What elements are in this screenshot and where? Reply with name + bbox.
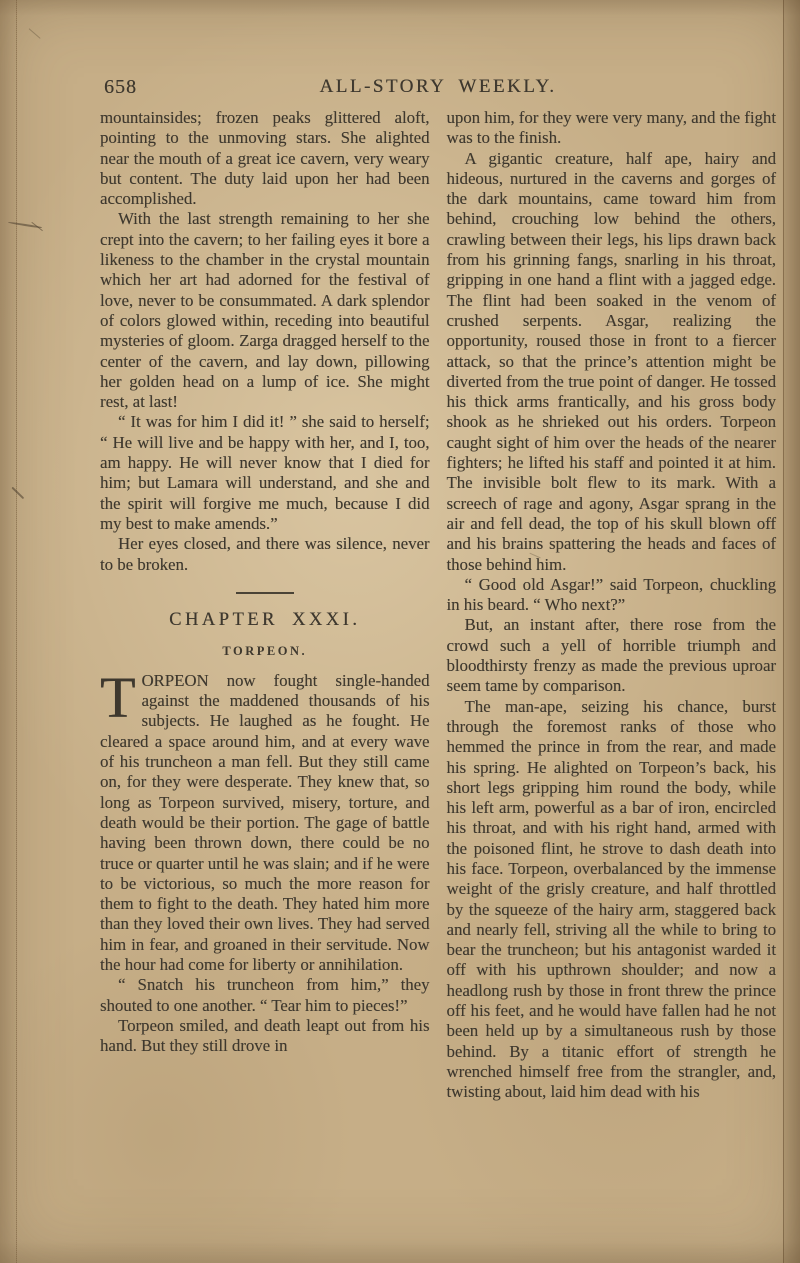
page-header: 658 ALL-STORY WEEKLY. [100, 76, 776, 102]
chapter-heading: CHAPTER XXXI. [100, 610, 430, 631]
paragraph: With the last strength remaining to her … [100, 209, 430, 412]
magazine-page-scan: 658 ALL-STORY WEEKLY. mountainsides; fro… [0, 0, 800, 1263]
running-title: ALL-STORY WEEKLY. [100, 76, 776, 98]
right-column: upon him, for they were very many, and t… [447, 108, 777, 1103]
page-curl-shadow [783, 0, 800, 1263]
paragraph: “ Snatch his truncheon from him,” they s… [100, 975, 430, 1016]
opening-text: now fought single-handed against the mad… [100, 671, 430, 974]
page-deckle-edge [0, 0, 17, 1263]
paragraph: But, an instant after, there rose from t… [447, 615, 777, 696]
drop-cap: T [100, 671, 141, 731]
paragraph: “ Good old Asgar!” said Torpeon, chuckli… [447, 575, 777, 616]
paragraph: Her eyes closed, and there was silence, … [100, 534, 430, 575]
paragraph: upon him, for they were very many, and t… [447, 108, 777, 149]
paragraph: A gigantic creature, half ape, hairy and… [447, 149, 777, 575]
chapter-opening-paragraph: TORPEON now fought single-handed against… [100, 671, 430, 975]
section-separator [236, 592, 294, 594]
paragraph: The man-ape, seizing his chance, burst t… [447, 697, 777, 1103]
chapter-subheading: TORPEON. [100, 644, 430, 659]
left-column: mountainsides; frozen peaks glittered al… [100, 108, 430, 1103]
paragraph: “ It was for him I did it! ” she said to… [100, 412, 430, 534]
lead-word-rest: ORPEON [141, 671, 208, 690]
paragraph: Torpeon smiled, and death leapt out from… [100, 1016, 430, 1057]
scan-mark [28, 28, 40, 39]
text-block: mountainsides; frozen peaks glittered al… [100, 108, 776, 1103]
page-number: 658 [104, 76, 137, 99]
paragraph: mountainsides; frozen peaks glittered al… [100, 108, 430, 209]
